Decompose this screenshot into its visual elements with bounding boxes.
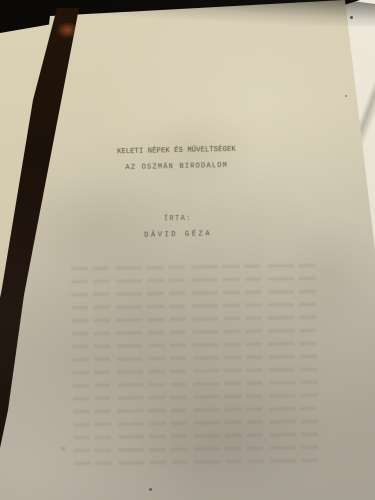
typewritten-text-block: KELETI NÉPEK ÉS MŰVELTSÉGEK AZ OSZMÁN BI… [0, 0, 355, 264]
bleed-through-ghost-text [71, 254, 324, 471]
page-title-line-2: AZ OSZMÁN BIRODALOM [1, 159, 353, 174]
photo-of-book-title-page: KELETI NÉPEK ÉS MŰVELTSÉGEK AZ OSZMÁN BI… [0, 0, 375, 500]
paper-speck [350, 16, 353, 19]
paper-speck [149, 488, 152, 491]
paper-speck [345, 95, 347, 97]
byline-label: ÍRTA: [2, 211, 354, 226]
page-title-line-1: KELETI NÉPEK ÉS MŰVELTSÉGEK [0, 143, 352, 158]
author-name: DÁVID GÉZA [2, 227, 354, 242]
paper-smudge [61, 447, 65, 450]
